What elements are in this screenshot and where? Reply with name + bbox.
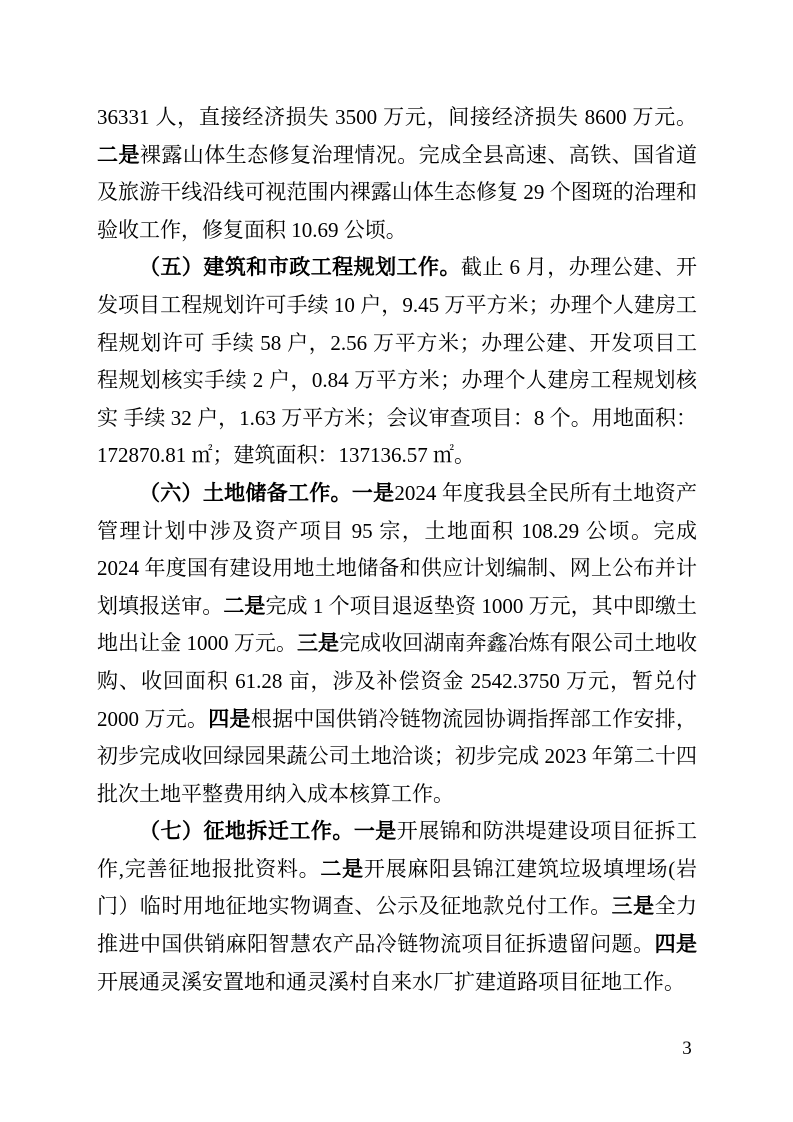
body-text: 36331 人，直接经济损失 3500 万元，间接经济损失 8600 万元。 xyxy=(97,105,697,129)
paragraph-continuation: 36331 人，直接经济损失 3500 万元，间接经济损失 8600 万元。二是… xyxy=(97,99,697,249)
lead-in-yishi: 一是 xyxy=(352,481,395,505)
lead-in-sanshi: 三是 xyxy=(612,894,655,918)
body-text: 截止 6 月，办理公建、开发项目工程规划许可手续 10 户，9.45 万平方米；… xyxy=(97,255,697,467)
lead-in-erhshi: 二是 xyxy=(320,857,363,881)
section-heading-7: （七）征地拆迁工作。 xyxy=(139,819,354,843)
body-text: 开展通灵溪安置地和通灵溪村自来水厂扩建道路项目征地工作。 xyxy=(97,970,685,994)
lead-in-erhshi: 二是 xyxy=(223,594,265,618)
lead-in-yishi: 一是 xyxy=(354,819,397,843)
document-body: 36331 人，直接经济损失 3500 万元，间接经济损失 8600 万元。二是… xyxy=(97,99,697,1001)
document-page: 36331 人，直接经济损失 3500 万元，间接经济损失 8600 万元。二是… xyxy=(0,0,793,1122)
lead-in-sishi: 四是 xyxy=(655,932,697,956)
paragraph-section-5: （五）建筑和市政工程规划工作。截止 6 月，办理公建、开发项目工程规划许可手续 … xyxy=(97,249,697,475)
paragraph-section-6: （六）土地储备工作。一是2024 年度我县全民所有土地资产管理计划中涉及资产项目… xyxy=(97,475,697,813)
lead-in-sanshi: 三是 xyxy=(297,631,339,655)
section-heading-6: （六）土地储备工作。 xyxy=(139,481,352,505)
paragraph-section-7: （七）征地拆迁工作。一是开展锦和防洪堤建设项目征拆工作,完善征地报批资料。二是开… xyxy=(97,813,697,1001)
page-number: 3 xyxy=(672,1036,702,1062)
body-text: 裸露山体生态修复治理情况。完成全县高速、高铁、国省道及旅游干线沿线可视范围内裸露… xyxy=(97,143,697,242)
lead-in-erhshi: 二是 xyxy=(97,143,140,167)
section-heading-5: （五）建筑和市政工程规划工作。 xyxy=(139,255,461,279)
lead-in-sishi: 四是 xyxy=(208,707,251,731)
